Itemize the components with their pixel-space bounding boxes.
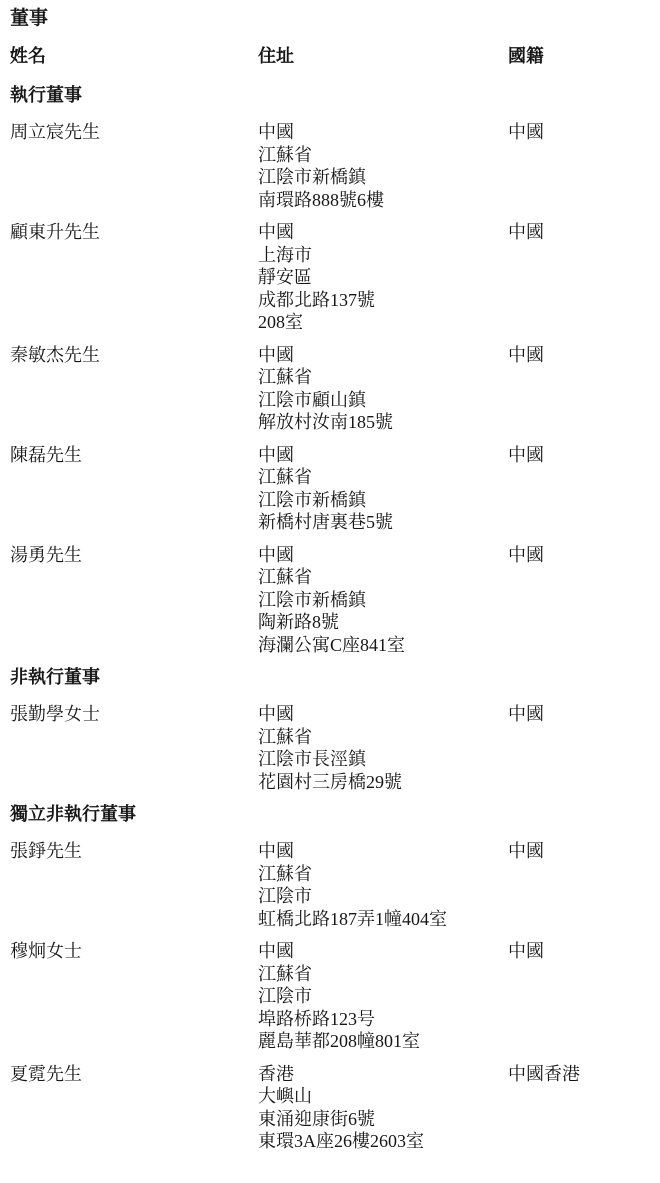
director-nationality: 中國: [508, 840, 648, 863]
director-nationality: 中國: [508, 444, 648, 467]
table-row: 周立宸先生 中國江蘇省江陰市新橋鎮南環路888號6樓 中國: [10, 121, 648, 211]
address-line: 成都北路137號: [258, 289, 508, 312]
director-nationality: 中國: [508, 940, 648, 963]
address-line: 新橋村唐裏巷5號: [258, 511, 508, 534]
address-line: 靜安區: [258, 266, 508, 289]
director-name: 穆炯女士: [10, 940, 258, 963]
address-line: 中國: [258, 940, 508, 963]
column-header-address: 住址: [258, 45, 508, 68]
address-line: 中國: [258, 544, 508, 567]
director-address: 中國上海市靜安區成都北路137號208室: [258, 221, 508, 334]
address-line: 江蘇省: [258, 863, 508, 886]
address-line: 中國: [258, 703, 508, 726]
table-row: 顧東升先生 中國上海市靜安區成都北路137號208室 中國: [10, 221, 648, 334]
address-line: 江蘇省: [258, 366, 508, 389]
address-line: 江陰市: [258, 985, 508, 1008]
address-line: 虹橋北路187弄1幢404室: [258, 908, 508, 931]
address-line: 江陰市顧山鎮: [258, 389, 508, 412]
director-address: 中國江蘇省江陰市虹橋北路187弄1幢404室: [258, 840, 508, 930]
director-address: 中國江蘇省江陰市顧山鎮解放村汝南185號: [258, 344, 508, 434]
director-address: 中國江蘇省江陰市長涇鎮花園村三房橋29號: [258, 703, 508, 793]
director-name: 湯勇先生: [10, 544, 258, 567]
address-line: 陶新路8號: [258, 611, 508, 634]
director-name: 秦敏杰先生: [10, 344, 258, 367]
address-line: 江蘇省: [258, 726, 508, 749]
director-sections: 執行董事 周立宸先生 中國江蘇省江陰市新橋鎮南環路888號6樓 中國 顧東升先生…: [10, 84, 648, 1153]
address-line: 江蘇省: [258, 963, 508, 986]
table-row: 湯勇先生 中國江蘇省江陰市新橋鎮陶新路8號海瀾公寓C座841室 中國: [10, 544, 648, 657]
director-name: 顧東升先生: [10, 221, 258, 244]
director-address: 中國江蘇省江陰市埠路桥路123号麗島華都208幢801室: [258, 940, 508, 1053]
address-line: 南環路888號6樓: [258, 189, 508, 212]
address-line: 中國: [258, 840, 508, 863]
table-row: 穆炯女士 中國江蘇省江陰市埠路桥路123号麗島華都208幢801室 中國: [10, 940, 648, 1053]
table-row: 陳磊先生 中國江蘇省江陰市新橋鎮新橋村唐裏巷5號 中國: [10, 444, 648, 534]
director-address: 中國江蘇省江陰市新橋鎮陶新路8號海瀾公寓C座841室: [258, 544, 508, 657]
column-header-name: 姓名: [10, 45, 258, 68]
section-heading: 執行董事: [10, 84, 648, 107]
director-nationality: 中國: [508, 344, 648, 367]
address-line: 解放村汝南185號: [258, 411, 508, 434]
table-row: 秦敏杰先生 中國江蘇省江陰市顧山鎮解放村汝南185號 中國: [10, 344, 648, 434]
page-title: 董事: [10, 7, 648, 30]
table-row: 張勤學女士 中國江蘇省江陰市長涇鎮花園村三房橋29號 中國: [10, 703, 648, 793]
director-section: 執行董事 周立宸先生 中國江蘇省江陰市新橋鎮南環路888號6樓 中國 顧東升先生…: [10, 84, 648, 656]
address-line: 江陰市新橋鎮: [258, 489, 508, 512]
address-line: 江蘇省: [258, 466, 508, 489]
director-name: 陳磊先生: [10, 444, 258, 467]
directors-document: 董事 姓名 住址 國籍 執行董事 周立宸先生 中國江蘇省江陰市新橋鎮南環路888…: [0, 0, 660, 1183]
director-name: 周立宸先生: [10, 121, 258, 144]
director-nationality: 中國: [508, 221, 648, 244]
address-line: 中國: [258, 221, 508, 244]
address-line: 花園村三房橋29號: [258, 771, 508, 794]
director-address: 中國江蘇省江陰市新橋鎮新橋村唐裏巷5號: [258, 444, 508, 534]
address-line: 麗島華都208幢801室: [258, 1030, 508, 1053]
column-header-nationality: 國籍: [508, 45, 648, 68]
section-entries: 張勤學女士 中國江蘇省江陰市長涇鎮花園村三房橋29號 中國: [10, 703, 648, 793]
address-line: 埠路桥路123号: [258, 1008, 508, 1031]
table-row: 張錚先生 中國江蘇省江陰市虹橋北路187弄1幢404室 中國: [10, 840, 648, 930]
address-line: 208室: [258, 311, 508, 334]
director-section: 獨立非執行董事 張錚先生 中國江蘇省江陰市虹橋北路187弄1幢404室 中國 穆…: [10, 803, 648, 1153]
address-line: 江陰市長涇鎮: [258, 748, 508, 771]
address-line: 江陰市新橋鎮: [258, 166, 508, 189]
address-line: 江蘇省: [258, 566, 508, 589]
address-line: 東環3A座26樓2603室: [258, 1130, 508, 1153]
director-name: 張錚先生: [10, 840, 258, 863]
director-name: 夏霓先生: [10, 1063, 258, 1086]
section-entries: 周立宸先生 中國江蘇省江陰市新橋鎮南環路888號6樓 中國 顧東升先生 中國上海…: [10, 121, 648, 656]
address-line: 上海市: [258, 244, 508, 267]
director-nationality: 中國: [508, 703, 648, 726]
section-heading: 獨立非執行董事: [10, 803, 648, 826]
table-row: 夏霓先生 香港大嶼山東涌迎康街6號東環3A座26樓2603室 中國香港: [10, 1063, 648, 1153]
section-heading: 非執行董事: [10, 666, 648, 689]
address-line: 香港: [258, 1063, 508, 1086]
address-line: 江蘇省: [258, 144, 508, 167]
director-name: 張勤學女士: [10, 703, 258, 726]
address-line: 海瀾公寓C座841室: [258, 634, 508, 657]
section-entries: 張錚先生 中國江蘇省江陰市虹橋北路187弄1幢404室 中國 穆炯女士 中國江蘇…: [10, 840, 648, 1153]
address-line: 中國: [258, 344, 508, 367]
address-line: 東涌迎康街6號: [258, 1108, 508, 1131]
address-line: 大嶼山: [258, 1085, 508, 1108]
director-nationality: 中國: [508, 544, 648, 567]
address-line: 中國: [258, 444, 508, 467]
director-address: 中國江蘇省江陰市新橋鎮南環路888號6樓: [258, 121, 508, 211]
director-address: 香港大嶼山東涌迎康街6號東環3A座26樓2603室: [258, 1063, 508, 1153]
director-section: 非執行董事 張勤學女士 中國江蘇省江陰市長涇鎮花園村三房橋29號 中國: [10, 666, 648, 793]
director-nationality: 中國香港: [508, 1063, 648, 1086]
address-line: 江陰市新橋鎮: [258, 589, 508, 612]
address-line: 中國: [258, 121, 508, 144]
address-line: 江陰市: [258, 885, 508, 908]
table-header-row: 姓名 住址 國籍: [10, 45, 648, 68]
director-nationality: 中國: [508, 121, 648, 144]
